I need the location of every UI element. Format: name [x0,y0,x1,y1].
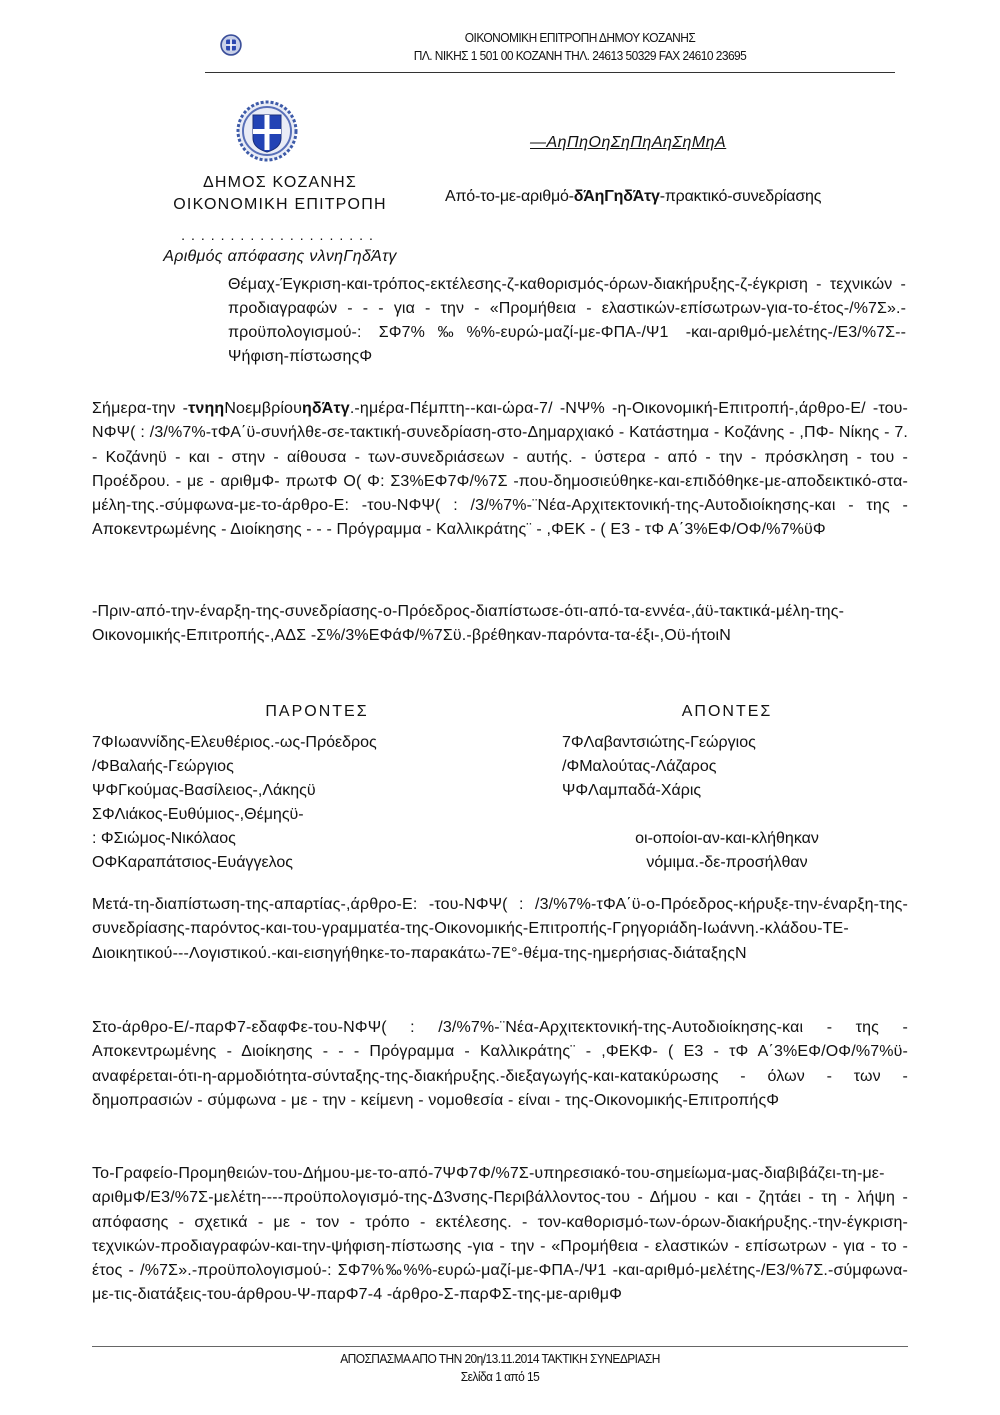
session-intro-paragraph: Σήμερα-την -τνηηΝοεμβρίουηδΆτγ.-ημέρα-Πέ… [92,397,908,543]
extract-title-text: —ΑηΠηΟηΣηΠηΑηΣηΜηΑ [530,134,726,151]
present-members-list: ΠΑΡΟΝΤΕΣ 7ΦΙωαννίδης-Ελευθέριος.-ως-Πρόε… [92,700,482,875]
minutes-prefix: Από-το-με-αριθμό- [445,188,574,205]
minutes-number: δΆηΓηδΆτγ [574,188,660,205]
quorum-paragraph: -Πριν-από-την-έναρξη-της-συνεδρίασης-ο-Π… [92,600,908,649]
list-item: 7ΦΙωαννίδης-Ελευθέριος.-ως-Πρόεδρος [92,731,482,755]
greek-coat-of-arms-icon [220,34,242,56]
procurement-paragraph: Το-Γραφείο-Προμηθειών-του-Δήμου-με-το-απ… [92,1162,908,1308]
session-year: ηδΆτγ [302,400,350,417]
minutes-suffix: -πρακτικό-συνεδρίασης [660,188,821,205]
footer-extract-label: ΑΠΟΣΠΑΣΜΑ ΑΠΟ ΤΗΝ 20η/13.11.2014 ΤΑΚΤΙΚΗ… [125,1350,876,1368]
proceedings-paragraph: Μετά-τη-διαπίστωση-της-απαρτίας-,άρθρο-Ε… [92,893,908,966]
decision-number: νλνηΓηδΆτγ [309,248,396,265]
page-number: Σελίδα 1 από 15 [125,1368,876,1386]
absent-note: οι-οποίοι-αν-και-κλήθηκαν νόμιμα.-δε-προ… [562,827,892,875]
present-title: ΠΑΡΟΝΤΕΣ [92,700,482,724]
para1-prefix: Σήμερα-την - [92,400,188,417]
list-item: /ΦΒαλαής-Γεώργιος [92,755,482,779]
list-item: ΣΦΛιάκος-Ευθύμιος-,Θέμηςϋ- [92,803,482,827]
list-item: : ΦΣιώμος-Νικόλαος [92,827,482,851]
decision-number-line: Αριθμός απόφασης νλνηΓηδΆτγ [95,246,465,268]
page-header: ΟΙΚΟΝΟΜΙΚΗ ΕΠΙΤΡΟΠΗ ΔΗΜΟΥ ΚΟΖΑΝΗΣ ΠΛ. ΝΙ… [205,28,895,73]
list-item: ΨΦΛαμπαδά-Χάρις [562,779,892,803]
para1-rest: .-ημέρα-Πέμπτη--και-ώρα-7/ -ΝΨ% -η-Οικον… [92,400,908,538]
greek-coat-of-arms-icon [236,100,298,162]
subject-text: χ-Έγκριση-και-τρόπος-εκτέλεσης-ζ-καθορισ… [228,276,906,365]
list-item: ΟΦΚαραπάτσιος-Ευάγγελος [92,851,482,875]
session-day: τνηη [188,400,224,417]
legal-basis-paragraph: Στο-άρθρο-Ε/-παρΦ7-εδαφΦε-του-ΝΦΨ( : /3/… [92,1016,908,1113]
extract-title: —ΑηΠηΟηΣηΠηΑηΣηΜηΑ [530,134,726,152]
absent-members-list: ΑΠΟΝΤΕΣ 7ΦΛαβαντσιώτης-Γεώργιος /ΦΜαλούτ… [562,700,892,875]
letterhead: ΔΗΜΟΣ ΚΟΖΑΝΗΣ ΟΙΚΟΝΟΜΙΚΗ ΕΠΙΤΡΟΠΗ ......… [95,172,465,268]
absent-note-line1: οι-οποίοι-αν-και-κλήθηκαν [562,827,892,851]
dotted-separator: .................... [95,228,465,242]
absent-title: ΑΠΟΝΤΕΣ [562,700,892,724]
page-footer: ΑΠΟΣΠΑΣΜΑ ΑΠΟ ΤΗΝ 20η/13.11.2014 ΤΑΚΤΙΚΗ… [92,1346,908,1386]
subject-block: Θέμαχ-Έγκριση-και-τρόπος-εκτέλεσης-ζ-καθ… [228,273,906,369]
committee-name: ΟΙΚΟΝΟΜΙΚΗ ΕΠΙΤΡΟΠΗ [95,194,465,216]
minutes-reference: Από-το-με-αριθμό-δΆηΓηδΆτγ-πρακτικό-συνε… [445,188,821,206]
list-item: ΨΦΓκούμας-Βασίλειος-,Λάκηςϋ [92,779,482,803]
absent-note-line2: νόμιμα.-δε-προσήλθαν [562,851,892,875]
list-item: /ΦΜαλούτας-Λάζαρος [562,755,892,779]
municipality-name: ΔΗΜΟΣ ΚΟΖΑΝΗΣ [95,172,465,194]
list-item: 7ΦΛαβαντσιώτης-Γεώργιος [562,731,892,755]
session-month: Νοεμβρίου [224,400,302,417]
decision-label: Αριθμός απόφασης [163,248,304,265]
header-contact-details: ΠΛ. ΝΙΚΗΣ 1 501 00 ΚΟΖΑΝΗ ΤΗΛ. 24613 503… [290,47,870,65]
header-committee-name: ΟΙΚΟΝΟΜΙΚΗ ΕΠΙΤΡΟΠΗ ΔΗΜΟΥ ΚΟΖΑΝΗΣ [290,29,870,47]
subject-label: Θέμα [228,276,266,293]
